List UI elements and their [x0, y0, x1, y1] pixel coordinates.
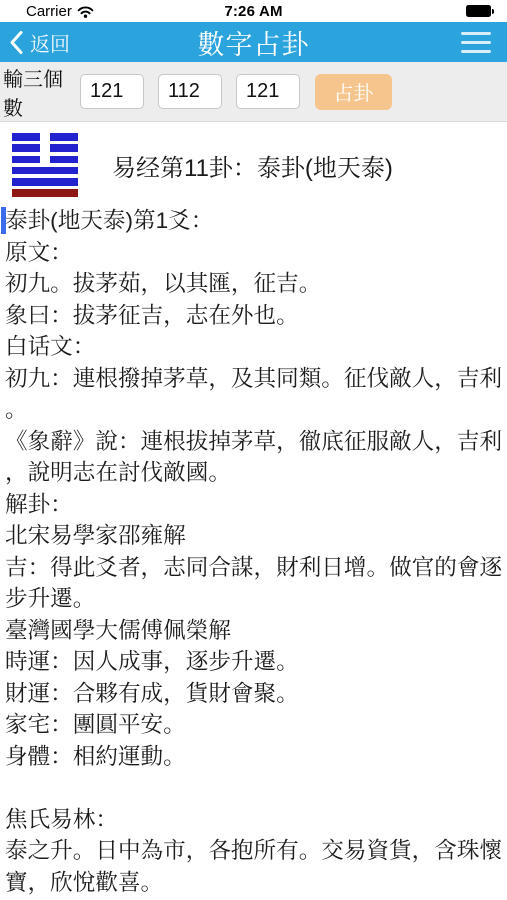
hexagram-header: 易经第11卦：泰卦(地天泰) [0, 122, 507, 197]
hamburger-icon [461, 32, 491, 35]
back-chevron-icon [10, 31, 23, 54]
reading-text: 泰卦(地天泰)第1爻：原文：初九。拔茅茹，以其匯，征吉。象曰：拔茅征吉，志在外也… [0, 197, 507, 898]
number-input-3[interactable] [236, 74, 300, 109]
reading-line: 泰卦(地天泰)第1爻： [5, 205, 507, 237]
reading-line: 泰之升。日中為市，各抱所有。交易資貨，含珠懷 [5, 835, 507, 867]
reading-line: 寶，欣悅歡喜。 [5, 867, 507, 899]
hexagram-image [12, 133, 78, 197]
reading-line: 臺灣國學大儒傅佩榮解 [5, 615, 507, 647]
reading-line: 初九：連根撥掉茅草，及其同類。征伐敵人，吉利 [5, 363, 507, 395]
input-label: 輸三個數 [3, 63, 80, 121]
page-title: 數字占卦 [0, 23, 507, 62]
hexagram-line [12, 189, 78, 197]
reading-line: 北宋易學家邵雍解 [5, 520, 507, 552]
hexagram-line [12, 144, 78, 152]
reading-line [5, 772, 507, 804]
reading-line: 白话文： [5, 331, 507, 363]
divine-button[interactable]: 占卦 [315, 74, 392, 110]
reading-line: 財運：合夥有成，貨財會聚。 [5, 678, 507, 710]
reading-line: 家宅：團圓平安。 [5, 709, 507, 741]
reading-line: 焦氏易林： [5, 804, 507, 836]
reading-line: 步升遷。 [5, 583, 507, 615]
number-input-2[interactable] [158, 74, 222, 109]
battery-icon [466, 5, 491, 17]
reading-line: 《象辭》說：連根拔掉茅草，徹底征服敵人，吉利 [5, 426, 507, 458]
input-section: 輸三個數 占卦 [0, 62, 507, 122]
reading-line: 。 [5, 394, 507, 426]
back-button[interactable]: 返回 [10, 28, 70, 57]
back-button-label: 返回 [30, 28, 70, 57]
menu-button[interactable] [461, 28, 491, 57]
number-input-1[interactable] [80, 74, 144, 109]
reading-line: 身體：相約運動。 [5, 741, 507, 773]
hexagram-line [12, 178, 78, 186]
reading-line: 初九。拔茅茹，以其匯，征吉。 [5, 268, 507, 300]
hexagram-title: 易经第11卦：泰卦(地天泰) [112, 148, 393, 183]
reading-line: 吉：得此爻者，志同合謀，財利日增。做官的會逐 [5, 552, 507, 584]
content-area: 易经第11卦：泰卦(地天泰) 泰卦(地天泰)第1爻：原文：初九。拔茅茹，以其匯，… [0, 122, 507, 900]
status-time: 7:26 AM [0, 3, 507, 20]
reading-line: 象曰：拔茅征吉，志在外也。 [5, 300, 507, 332]
reading-line: 解卦： [5, 489, 507, 521]
reading-line: ，說明志在討伐敵國。 [5, 457, 507, 489]
hexagram-line [12, 156, 78, 164]
hexagram-line [12, 167, 78, 175]
reading-line: 時運：因人成事，逐步升遷。 [5, 646, 507, 678]
app-screen: Carrier 7:26 AM 返回 數字占卦 輸三個數 [0, 0, 507, 900]
nav-bar: 返回 數字占卦 [0, 22, 507, 62]
hexagram-line [12, 133, 78, 141]
text-cursor [1, 207, 6, 234]
reading-line: 原文： [5, 237, 507, 269]
status-bar: Carrier 7:26 AM [0, 0, 507, 22]
